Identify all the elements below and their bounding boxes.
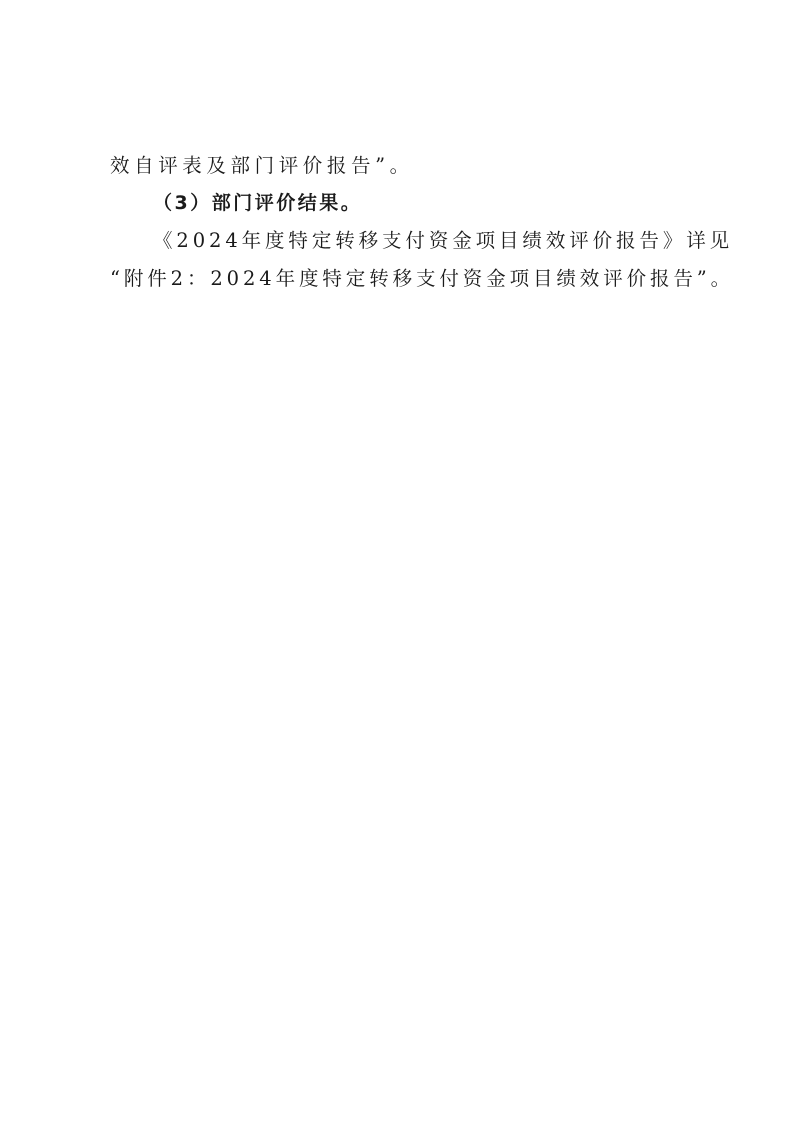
paragraph-body-line-2: “附件2：2024年度特定转移支付资金项目绩效评价报告”。	[110, 264, 734, 294]
paragraph-continuation: 效自评表及部门评价报告”。	[110, 151, 414, 181]
section-heading: （3）部门评价结果。	[153, 188, 362, 218]
paragraph-body-line-1: 《2024年度特定转移支付资金项目绩效评价报告》详见	[153, 226, 733, 256]
